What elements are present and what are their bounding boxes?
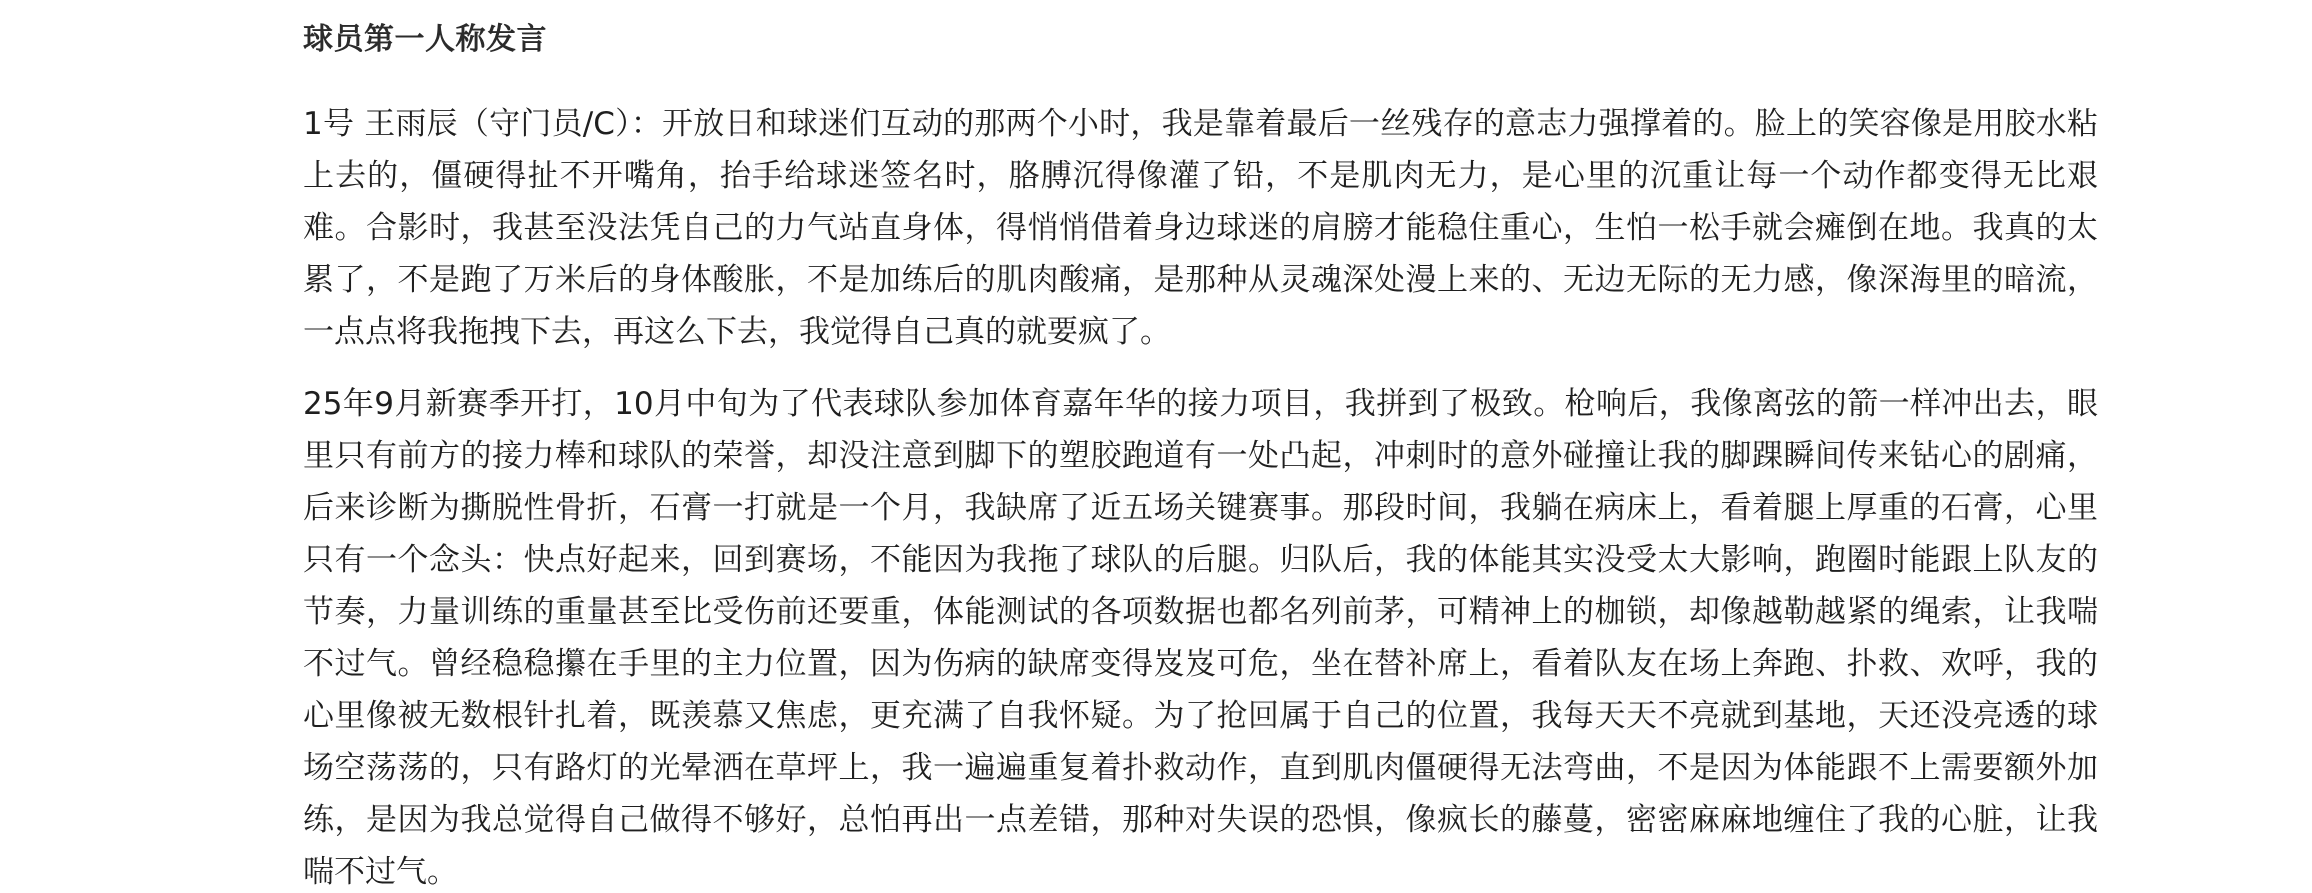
speaker-label: 1号 王雨辰（守门员/C）： bbox=[303, 106, 662, 142]
paragraph-text: 开放日和球迷们互动的那两个小时，我是靠着最后一丝残存的意志力强撑着的。脸上的笑容… bbox=[303, 106, 2098, 350]
document-title: 球员第一人称发言 bbox=[303, 0, 2098, 60]
document-body: 球员第一人称发言 1号 王雨辰（守门员/C）：开放日和球迷们互动的那两个小时，我… bbox=[303, 0, 2098, 893]
paragraph-injury-story: 25年9月新赛季开打，10月中旬为了代表球队参加体育嘉年华的接力项目，我拼到了极… bbox=[303, 378, 2098, 893]
paragraph-player-1: 1号 王雨辰（守门员/C）：开放日和球迷们互动的那两个小时，我是靠着最后一丝残存… bbox=[303, 98, 2098, 358]
paragraph-text: 25年9月新赛季开打，10月中旬为了代表球队参加体育嘉年华的接力项目，我拼到了极… bbox=[303, 386, 2098, 890]
